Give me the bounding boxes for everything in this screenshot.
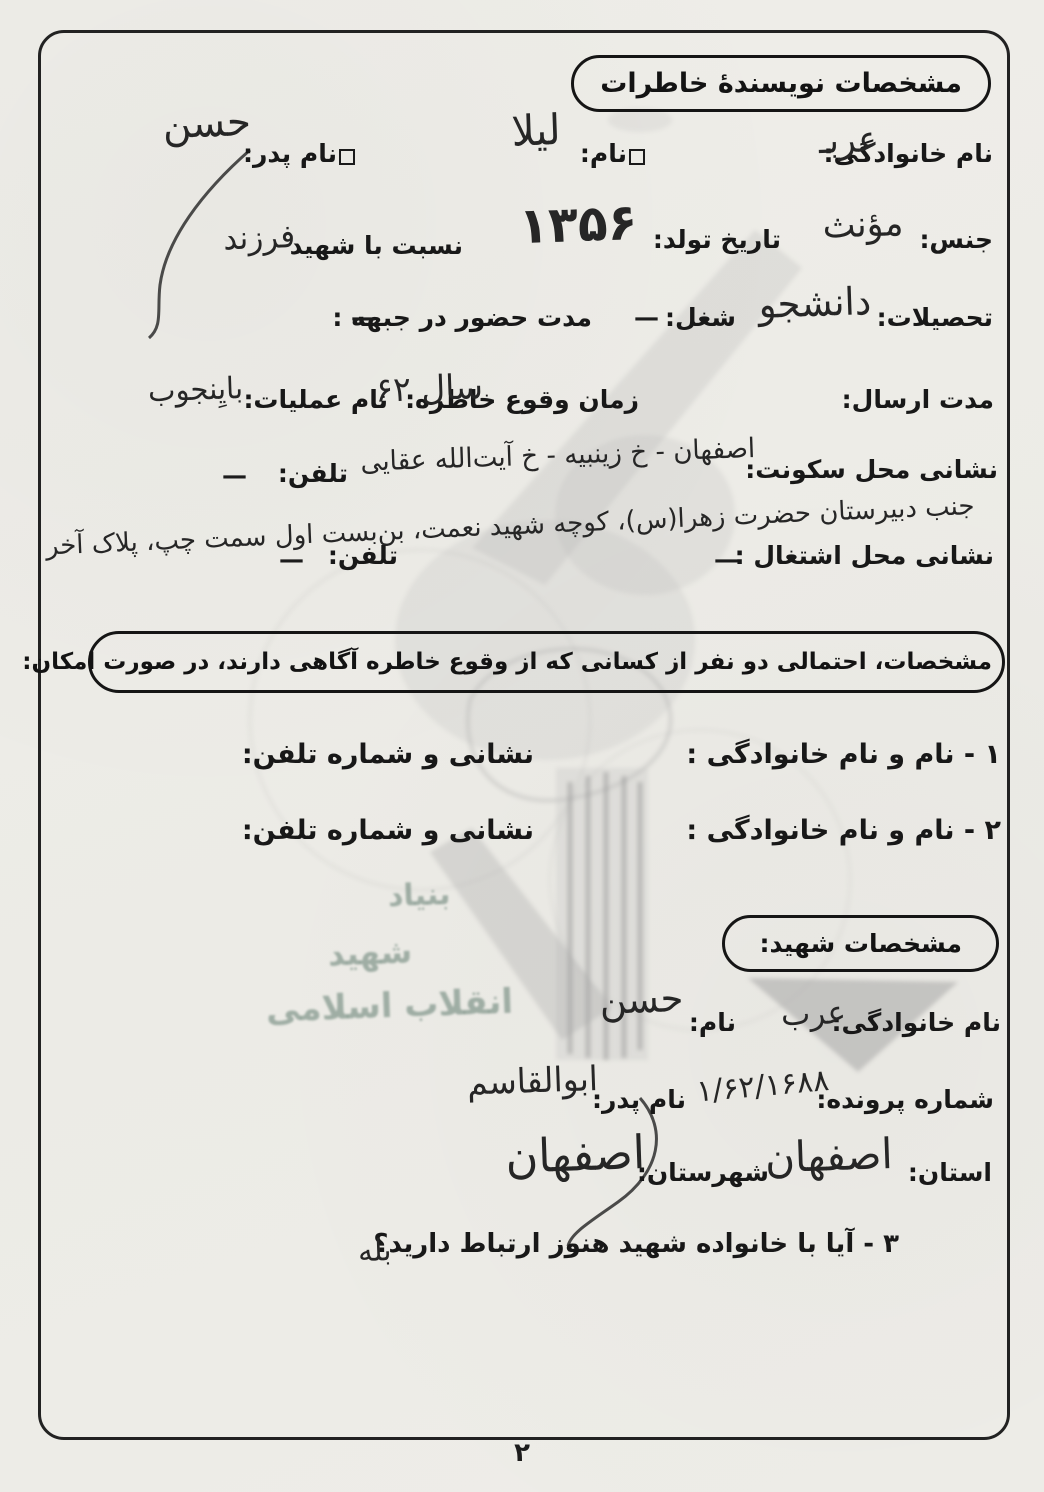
martyr-section-title: مشخصات شهید: — [759, 929, 962, 958]
checkbox-icon — [629, 149, 645, 165]
file-number-label: شماره پرونده: — [816, 1085, 994, 1114]
education-value: دانشجو — [758, 279, 872, 327]
province-label: استان: — [908, 1158, 992, 1187]
county-value: اصفهان — [504, 1125, 646, 1184]
father-name-label: نام پدر: — [243, 139, 337, 168]
birth-date-label: تاریخ تولد: — [653, 225, 781, 254]
residence-label: نشانی محل سکونت: — [745, 455, 998, 484]
martyr-first-name-label: نام: — [689, 1008, 736, 1037]
first-name-label: نام: — [580, 139, 627, 168]
send-duration-label: مدت ارسال: — [842, 385, 994, 414]
witness-section-title-pill: مشخصات، احتمالی دو نفر از کسانی که از وق… — [88, 631, 1005, 693]
martyr-first-name-value: حسن — [599, 976, 684, 1023]
residence-phone-value: — — [222, 461, 246, 490]
witness-section-title: مشخصات، احتمالی دو نفر از کسانی که از وق… — [22, 649, 992, 675]
memory-time-value: سال ۶۲ — [375, 367, 484, 411]
education-label: تحصیلات: — [877, 303, 993, 332]
gender-value: مؤنث — [822, 203, 904, 247]
relation-label: نسبت با شهید — [290, 231, 463, 260]
county-label: شهرستان: — [637, 1158, 769, 1187]
father-name-value: حسن — [162, 99, 252, 148]
work-phone-value: — — [279, 545, 303, 574]
stamp-line-shahid: شهید — [327, 933, 412, 974]
relation-value: فرزند — [222, 217, 295, 257]
martyr-last-name-value: عرب — [781, 993, 847, 1033]
job-label: شغل: — [665, 303, 736, 332]
work-label: نشانی محل اشتغال : — [735, 541, 994, 570]
last-name-value: عربـ — [818, 119, 879, 162]
work-value: — — [714, 545, 738, 574]
writer-section-title: مشخصات نویسندهٔ خاطرات — [600, 68, 962, 99]
witness2-address-label: نشانی و شماره تلفن: — [242, 815, 534, 846]
front-duration-value: — — [351, 303, 375, 332]
province-value: اصفهان — [765, 1129, 894, 1182]
contact-question: ۳ - آیا با خانواده شهید هنوز ارتباط داری… — [373, 1229, 899, 1259]
birth-date-value: ۱۳۵۶ — [518, 193, 638, 255]
first-name-value: لیلا — [511, 105, 562, 156]
residence-phone-label: تلفن: — [278, 459, 348, 488]
witness2-name-label: ۲ - نام و نام خانوادگی : — [686, 815, 1001, 846]
stamp-line-bonyad: بنیاد — [387, 877, 451, 914]
martyr-father-name-label: نام پدر: — [592, 1085, 686, 1114]
page-number: ۲ — [0, 1438, 1044, 1468]
scanned-memoir-form-page: { "page_number": "۲", "writer_section": … — [0, 0, 1044, 1492]
writer-section-title-pill: مشخصات نویسندهٔ خاطرات — [571, 55, 991, 112]
contact-answer: بله — [357, 1233, 392, 1269]
operation-label: نام عملیات: — [243, 385, 388, 414]
operation-value: بایِنجوب — [147, 371, 243, 409]
job-value: — — [634, 303, 658, 332]
witness1-name-label: ۱ - نام و نام خانوادگی : — [686, 739, 1001, 770]
witness1-address-label: نشانی و شماره تلفن: — [242, 739, 534, 770]
martyr-father-name-value: ابوالقاسم — [466, 1059, 598, 1104]
martyr-last-name-label: نام خانوادگی: — [832, 1008, 1002, 1037]
work-phone-label: تلفن: — [328, 541, 398, 570]
martyr-section-title-pill: مشخصات شهید: — [722, 915, 999, 972]
gender-label: جنس: — [919, 225, 993, 254]
checkbox-icon — [339, 149, 355, 165]
